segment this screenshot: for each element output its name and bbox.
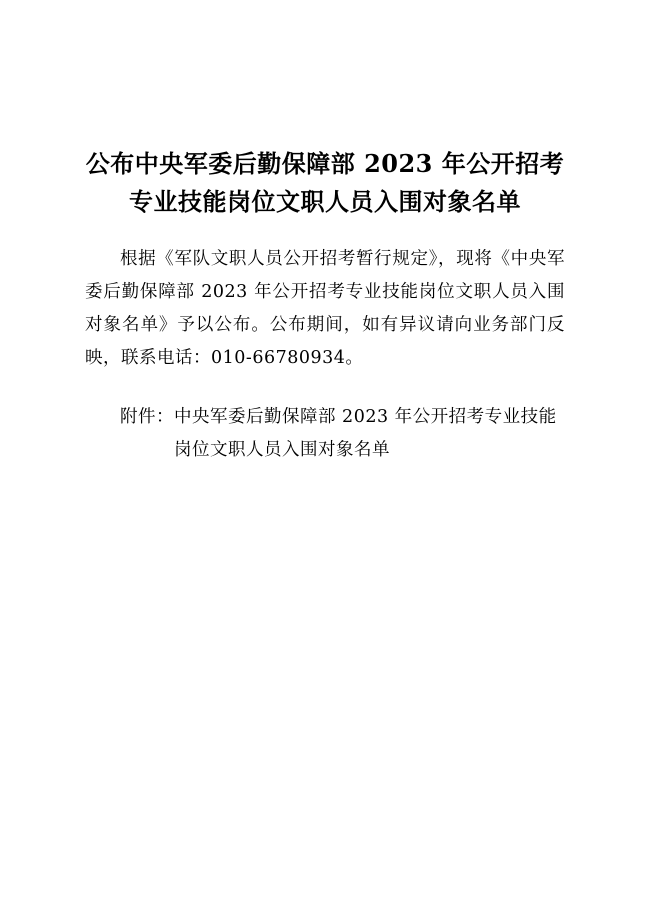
- attachment-line: 附件： 中央军委后勤保障部 2023 年公开招考专业技能岗位文职人员入围对象名单: [85, 401, 565, 467]
- document-title-line-2: 专业技能岗位文职人员入围对象名单: [85, 183, 565, 221]
- body-paragraph: 根据《军队文职人员公开招考暂行规定》，现将《中央军委后勤保障部 2023 年公开…: [85, 243, 565, 375]
- attachment-text: 中央军委后勤保障部 2023 年公开招考专业技能岗位文职人员入围对象名单: [174, 401, 565, 467]
- document-title-line-1: 公布中央军委后勤保障部 2023 年公开招考: [85, 145, 565, 183]
- document-title: 公布中央军委后勤保障部 2023 年公开招考 专业技能岗位文职人员入围对象名单: [85, 145, 565, 221]
- attachment-label: 附件：: [120, 401, 174, 434]
- document-page: 公布中央军委后勤保障部 2023 年公开招考 专业技能岗位文职人员入围对象名单 …: [0, 0, 650, 919]
